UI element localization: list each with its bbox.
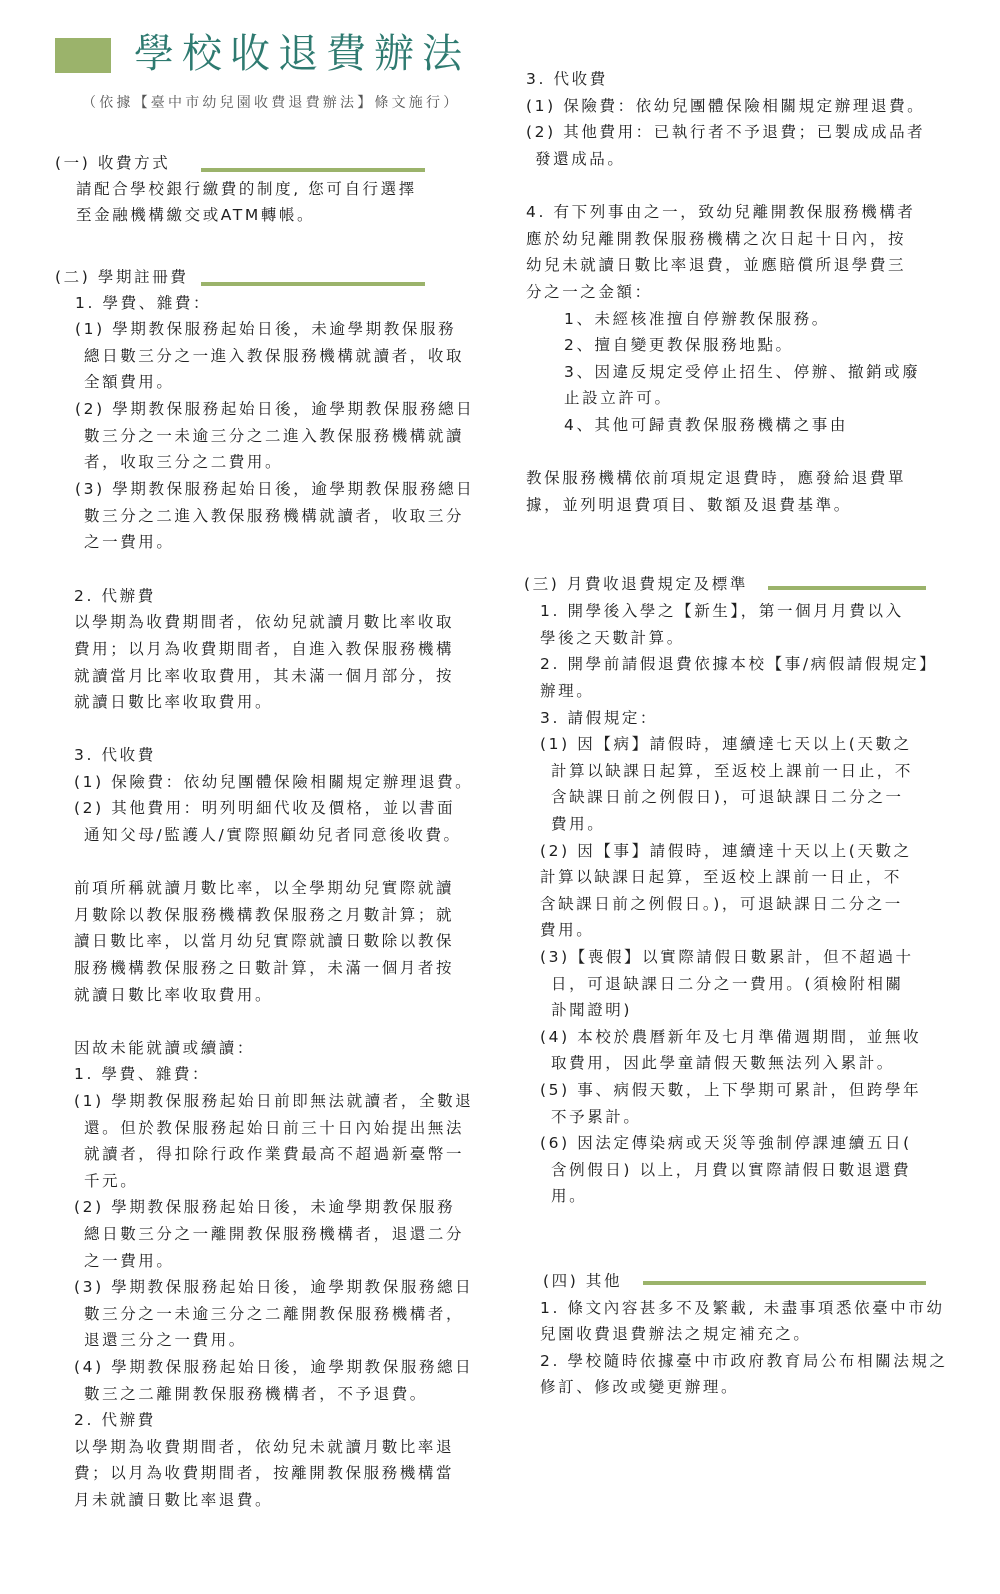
text-line: 辦理。	[540, 680, 594, 702]
text-line: (5) 事、病假天數，上下學期可累計，但跨學年	[540, 1079, 921, 1101]
text-line: (2) 因【事】請假時，連續達十天以上(天數之	[540, 840, 912, 862]
section-rule	[201, 168, 425, 172]
text-line: 者，收取三分之二費用。	[84, 451, 283, 473]
section-heading: (三) 月費收退費規定及標準	[524, 573, 748, 595]
page-subtitle: （依據【臺中市幼兒園收費退費辦法】條文施行）	[82, 92, 460, 112]
text-line: 據，並列明退費項目、數額及退費基準。	[526, 494, 852, 516]
list-item: 3、因違反規定受停止招生、停辦、撤銷或廢	[564, 361, 920, 383]
title-accent-block	[55, 38, 111, 73]
text-line: 還。但於教保服務起始日前三十日內始提出無法	[84, 1117, 464, 1139]
page-title: 學校收退費辦法	[134, 28, 470, 80]
text-line: 計算以缺課日起算，至返校上課前一日止，不	[551, 760, 913, 782]
section-heading: (四) 其他	[543, 1270, 622, 1292]
text-line: (4) 學期教保服務起始日後，逾學期教保服務總日	[74, 1356, 473, 1378]
text-line: 數三之二離開教保服務機構者，不予退費。	[84, 1383, 428, 1405]
text-line: 就讀日數比率收取費用。	[74, 984, 273, 1006]
text-line: 3. 代收費	[526, 68, 608, 90]
text-line: (3) 學期教保服務起始日後，逾學期教保服務總日	[74, 1276, 473, 1298]
text-line: 前項所稱就讀月數比率，以全學期幼兒實際就讀	[74, 877, 454, 899]
text-line: 計算以缺課日起算，至返校上課前一日止，不	[540, 866, 902, 888]
text-line: 3. 代收費	[74, 744, 156, 766]
text-line: (3) 學期教保服務起始日後，逾學期教保服務總日	[75, 478, 474, 500]
text-line: 總日數三分之一離開教保服務機構者，退還二分	[84, 1223, 464, 1245]
text-line: 費用；以月為收費期間者，自進入教保服務機構	[74, 638, 454, 660]
text-line: 不予累計。	[551, 1106, 642, 1128]
text-line: 幼兒未就讀日數比率退費，並應賠償所退學費三	[526, 254, 906, 276]
text-line: 教保服務機構依前項規定退費時，應發給退費單	[526, 467, 906, 489]
text-line: 就讀當月比率收取費用，其未滿一個月部分，按	[74, 665, 454, 687]
text-line: 2. 代辦費	[74, 585, 156, 607]
list-item: 2、擅自變更教保服務地點。	[564, 334, 794, 356]
text-line: (1) 保險費：依幼兒團體保險相關規定辦理退費。	[526, 95, 925, 117]
text-line: 千元。	[84, 1170, 138, 1192]
text-line: (4) 本校於農曆新年及七月準備週期間，並無收	[540, 1026, 921, 1048]
text-line: 以學期為收費期間者，依幼兒未就讀月數比率退	[74, 1436, 454, 1458]
text-line: (3)【喪假】以實際請假日數累計，但不超過十	[540, 946, 914, 968]
text-line: 數三分之二進入教保服務機構就讀者，收取三分	[84, 505, 464, 527]
text-line: 因故未能就讀或續讀：	[74, 1037, 255, 1059]
text-line: 之一費用。	[84, 1250, 175, 1272]
text-line: 月數除以教保服務機構教保服務之月數計算；就	[74, 904, 454, 926]
section-rule	[643, 1281, 926, 1285]
text-line: 學後之天數計算。	[540, 627, 685, 649]
text-line: 訃聞證明)	[551, 999, 632, 1021]
text-line: (1) 保險費：依幼兒團體保險相關規定辦理退費。	[74, 771, 473, 793]
text-line: 請配合學校銀行繳費的制度, 您可自行選擇	[76, 178, 417, 200]
text-line: (2) 學期教保服務起始日後，逾學期教保服務總日	[75, 398, 474, 420]
text-line: 至金融機構繳交或ATM轉帳。	[76, 204, 315, 226]
text-line: 費用。	[540, 919, 594, 941]
text-line: 總日數三分之一進入教保服務機構就讀者，收取	[84, 345, 464, 367]
text-line: 1. 學費、雜費：	[74, 1063, 210, 1085]
text-line: 應於幼兒離開教保服務機構之次日起十日內，按	[526, 228, 906, 250]
text-line: 費用。	[551, 813, 605, 835]
text-line: 通知父母/監護人/實際照顧幼兒者同意後收費。	[84, 824, 462, 846]
section-rule	[201, 282, 425, 286]
text-line: 以學期為收費期間者，依幼兒就讀月數比率收取	[74, 611, 454, 633]
section-heading: (一) 收費方式	[55, 152, 170, 174]
text-line: 含缺課日前之例假日)，可退缺課日二分之一	[551, 786, 904, 808]
text-line: (6) 因法定傳染病或天災等強制停課連續五日(	[540, 1132, 912, 1154]
text-line: (2) 其他費用：已執行者不予退費；已製成成品者	[526, 121, 925, 143]
text-line: 4. 有下列事由之一，致幼兒離開教保服務機構者	[526, 201, 916, 223]
text-line: 修訂、修改或變更辦理。	[540, 1376, 739, 1398]
text-line: 數三分之一未逾三分之二離開教保服務機構者，	[84, 1303, 464, 1325]
list-item: 1、未經核准擅自停辦教保服務。	[564, 308, 830, 330]
text-line: 1. 學費、雜費：	[75, 292, 211, 314]
text-line: 月未就讀日數比率退費。	[74, 1489, 273, 1511]
text-line: 退還三分之一費用。	[84, 1329, 247, 1351]
text-line: 就讀日數比率收取費用。	[74, 691, 273, 713]
text-line: 全額費用。	[84, 371, 175, 393]
text-line: 2. 學校隨時依據臺中市政府教育局公布相關法規之	[540, 1350, 948, 1372]
list-item: 止設立許可。	[564, 387, 673, 409]
text-line: 之一費用。	[84, 531, 175, 553]
text-line: 1. 條文內容甚多不及繁載, 未盡事項悉依臺中市幼	[540, 1297, 945, 1319]
section-rule	[768, 586, 926, 590]
list-item: 4、其他可歸責教保服務機構之事由	[564, 414, 848, 436]
text-line: 3. 請假規定：	[540, 707, 658, 729]
text-line: (1) 學期教保服務起始日前即無法就讀者，全數退	[74, 1090, 473, 1112]
text-line: 數三分之一未逾三分之二進入教保服務機構就讀	[84, 425, 464, 447]
text-line: 2. 代辦費	[74, 1409, 156, 1431]
text-line: (2) 學期教保服務起始日後，未逾學期教保服務	[74, 1196, 455, 1218]
section-heading: (二) 學期註冊費	[55, 266, 188, 288]
text-line: 含缺課日前之例假日。)，可退缺課日二分之一	[540, 893, 903, 915]
text-line: (1) 因【病】請假時，連續達七天以上(天數之	[540, 733, 912, 755]
text-line: (1) 學期教保服務起始日後，未逾學期教保服務	[75, 318, 456, 340]
text-line: 發還成品。	[535, 148, 626, 170]
text-line: 費；以月為收費期間者，按離開教保服務機構當	[74, 1462, 454, 1484]
text-line: 兒園收費退費辦法之規定補充之。	[540, 1323, 812, 1345]
text-line: 2. 開學前請假退費依據本校【事/病假請假規定】	[540, 653, 937, 675]
text-line: 用。	[551, 1185, 587, 1207]
text-line: (2) 其他費用：明列明細代收及價格，並以書面	[74, 797, 455, 819]
text-line: 日，可退缺課日二分之一費用。(須檢附相關	[551, 973, 904, 995]
text-line: 取費用，因此學童請假天數無法列入累計。	[551, 1052, 895, 1074]
text-line: 分之一之金額：	[526, 281, 653, 303]
text-line: 就讀者，得扣除行政作業費最高不超過新臺幣一	[84, 1143, 464, 1165]
text-line: 1. 開學後入學之【新生】，第一個月月費以入	[540, 600, 904, 622]
text-line: 服務機構教保服務之日數計算，未滿一個月者按	[74, 957, 454, 979]
text-line: 讀日數比率，以當月幼兒實際就讀日數除以教保	[74, 930, 454, 952]
text-line: 含例假日) 以上，月費以實際請假日數退還費	[551, 1159, 911, 1181]
